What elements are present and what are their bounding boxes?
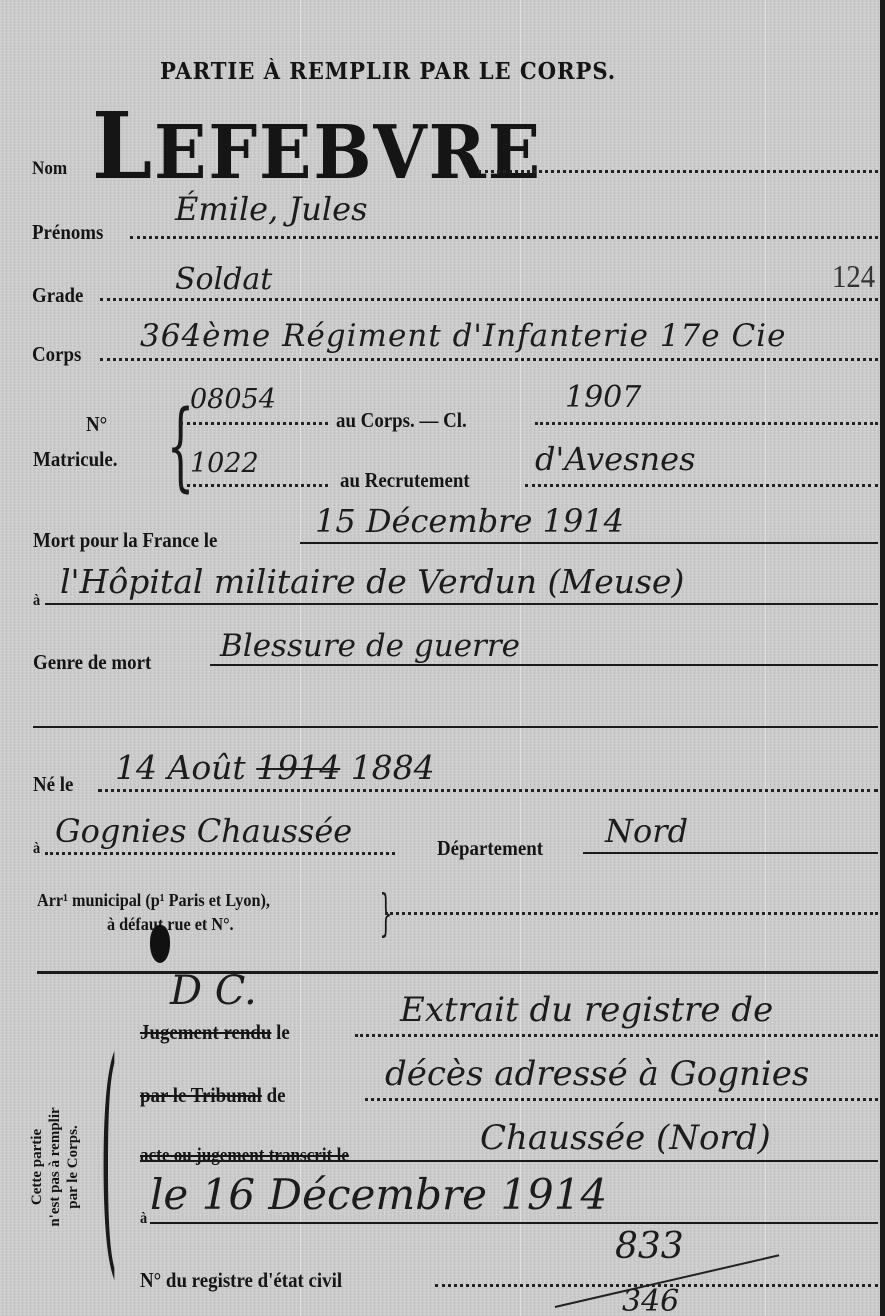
jugement-tail: le [276, 1020, 290, 1044]
side-note: Cette partie n'est pas à remplir par le … [28, 1082, 82, 1252]
tribunal-line [365, 1098, 878, 1101]
classe-value: 1907 [565, 380, 641, 415]
prenoms-line [130, 236, 878, 239]
transcrit-value: Chaussée (Nord) [480, 1118, 771, 1158]
matricule-corps-value: 08054 [190, 384, 276, 415]
side-brace: ( [100, 1030, 118, 1280]
matricule-recrutement-value: 1022 [190, 448, 259, 479]
card-edge [880, 0, 885, 1316]
departement-label: Département [437, 836, 543, 861]
arrondissement-label-line1: Arr¹ municipal (p¹ Paris et Lyon), [37, 890, 270, 911]
corps-value: 364ème Régiment d'Infanterie 17e Cie [140, 318, 786, 354]
departement-line [583, 852, 878, 854]
genre-mort-label: Genre de mort [33, 650, 151, 675]
matricule-label-no: N° [86, 412, 107, 437]
genre-mort-line [210, 664, 878, 666]
nom-rest: EFEBVRE [154, 110, 542, 196]
matricule-corps-label: au Corps. — Cl. [336, 408, 467, 433]
ink-blot [150, 925, 170, 963]
matricule-corps-line [180, 422, 328, 425]
mort-place-line [45, 603, 878, 605]
jugement-struck: Jugement rendu [140, 1020, 271, 1044]
tribunal-label: par le Tribunal de [140, 1083, 285, 1108]
grade-line [100, 298, 878, 301]
registre-value: 833 [615, 1226, 684, 1267]
side-note-line2: n'est pas à remplir [46, 1082, 64, 1252]
form-title: PARTIE À REMPLIR PAR LE CORPS. [160, 58, 712, 85]
transcrit-line [140, 1160, 878, 1162]
matricule-label: Matricule. [33, 447, 117, 472]
naissance-struck-year: 1914 [256, 748, 340, 787]
margin-number: 124 [832, 258, 875, 295]
prenoms-label: Prénoms [32, 220, 103, 245]
naissance-place-line [45, 852, 395, 855]
jugement-line [355, 1034, 878, 1037]
death-record-card: PARTIE À REMPLIR PAR LE CORPS. Nom LEFEB… [0, 0, 885, 1316]
recrutement-line [525, 484, 878, 487]
corps-line [100, 358, 878, 361]
classe-line [535, 422, 878, 425]
naissance-place-value: Gognies Chaussée [55, 812, 352, 850]
naissance-label: Né le [33, 772, 73, 797]
corps-label: Corps [32, 342, 81, 367]
side-note-line1: Cette partie [28, 1082, 46, 1252]
naissance-year: 1884 [351, 748, 435, 787]
blank-line [33, 726, 878, 728]
mort-place-value: l'Hôpital militaire de Verdun (Meuse) [60, 562, 684, 601]
tribunal-struck: par le Tribunal [140, 1083, 262, 1107]
grade-value: Soldat [175, 262, 272, 297]
genre-mort-value: Blessure de guerre [220, 628, 520, 664]
recrutement-label: au Recrutement [340, 468, 470, 493]
tribunal-value: décès adressé à Gognies [385, 1054, 809, 1094]
mort-date-line [300, 542, 878, 544]
a-value: le 16 Décembre 1914 [150, 1170, 607, 1219]
naissance-place-prefix: à [33, 840, 40, 858]
registre-label: N° du registre d'état civil [140, 1268, 342, 1293]
matricule-recrutement-line [180, 484, 328, 487]
a-line [150, 1222, 878, 1224]
arrondissement-line [385, 912, 878, 915]
dc-annotation: D C. [170, 968, 257, 1014]
a-prefix: à [140, 1210, 147, 1228]
nom-value: LEFEBVRE [92, 100, 542, 192]
tribunal-tail: de [267, 1083, 286, 1107]
nom-line [478, 170, 878, 173]
transcrit-label: acte ou jugement transcrit le [140, 1145, 349, 1167]
mort-label: Mort pour la France le [33, 528, 217, 553]
prenoms-value: Émile, Jules [175, 190, 367, 228]
recrutement-place: d'Avesnes [535, 440, 696, 478]
naissance-date-line [98, 789, 878, 792]
departement-value: Nord [605, 812, 688, 850]
mort-place-prefix: à [33, 592, 40, 610]
jugement-value: Extrait du registre de [400, 990, 773, 1030]
nom-initial: L [92, 92, 154, 200]
side-note-line3: par le Corps. [64, 1082, 82, 1252]
nom-label: Nom [32, 158, 67, 180]
mort-date-value: 15 Décembre 1914 [315, 502, 624, 540]
jugement-label: Jugement rendu le [140, 1020, 290, 1045]
naissance-day-month: 14 Août [115, 748, 246, 787]
arrondissement-label-line2: à défaut rue et N°. [107, 914, 234, 935]
grade-label: Grade [32, 283, 83, 308]
section-separator [37, 971, 878, 974]
naissance-date-value: 14 Août 1914 1884 [115, 748, 435, 787]
